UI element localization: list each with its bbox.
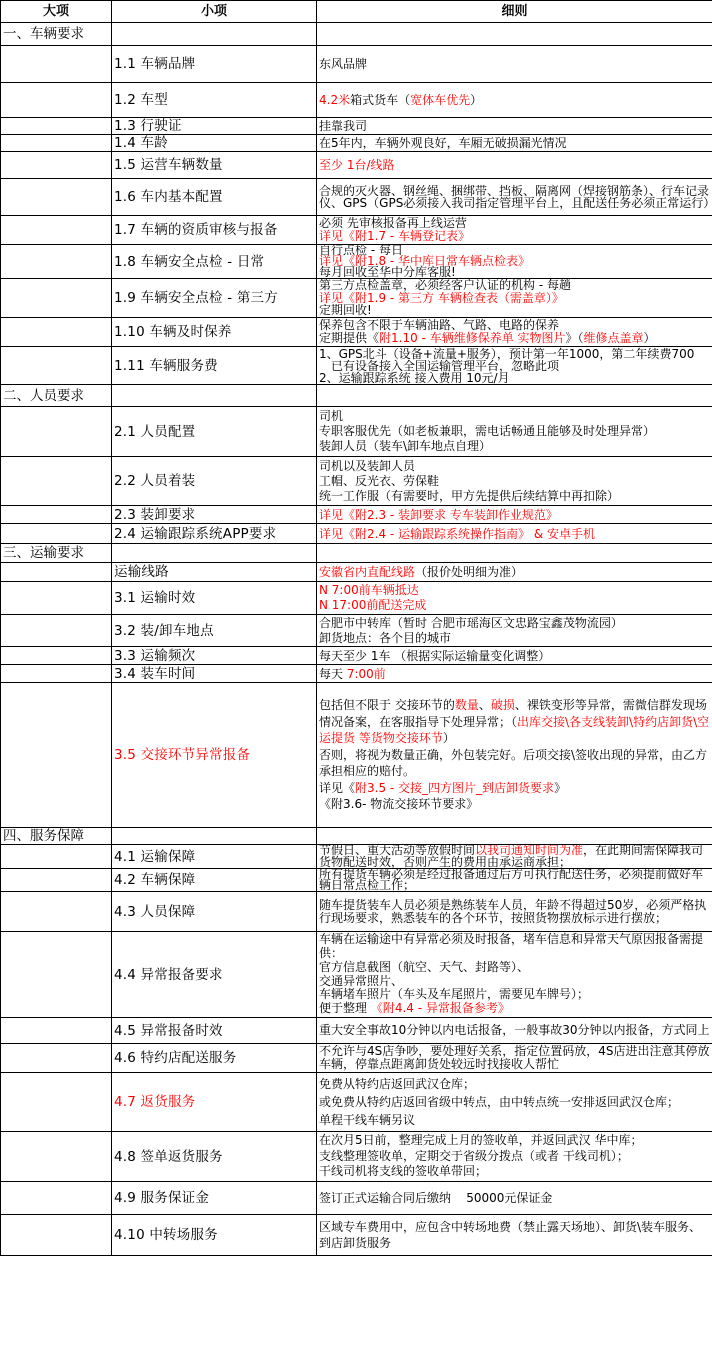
subitem-label: 4.2 车辆保障 (112, 869, 317, 892)
subitem-label: 运输线路 (112, 563, 317, 582)
subitem-label: 1.1 车辆品牌 (112, 46, 317, 83)
detail-text: 1、GPS北斗（设备+流量+服务），预计第一年1000，第二年续费700 (319, 348, 710, 360)
subitem-label: 4.3 人员保障 (112, 892, 317, 932)
section-row-personnel: 二、人员要求 (1, 385, 712, 407)
subitem-label: 2.2 人员着装 (112, 457, 317, 506)
subitem-label: 2.1 人员配置 (112, 407, 317, 457)
detail-text: 每月回收至华中分库客服! (319, 267, 710, 278)
subitem-label: 4.4 异常报备要求 (112, 932, 317, 1018)
subitem-label: 1.7 车辆的资质审核与报备 (112, 216, 317, 245)
detail-text: 统一工作服（有需要时，甲方先提供后续结算中再扣除） (319, 489, 710, 504)
detail-text: 》（ (566, 331, 584, 345)
detail-cell: 区域专车费用中，应包含中转场地费（禁止露天场地）、卸货\装车服务、到店卸货服务 (317, 1215, 712, 1256)
detail-cell: 司机以及装卸人员 工帽、反光衣、劳保鞋 统一工作服（有需要时，甲方先提供后续结算… (317, 457, 712, 506)
detail-text: 不允许与4S店争吵，要处理好关系，指定位置码放，4S店进出注意其停放车辆，停靠点… (319, 1045, 710, 1072)
table-row: 1.2 车型 4.2米箱式货车（宽体车优先） (1, 83, 712, 118)
table-row: 3.3 运输频次 每天至少 1车 （根据实际运输量变化调整） (1, 647, 712, 665)
subitem-label: 1.11 车辆服务费 (112, 347, 317, 385)
detail-text: 每天至少 1车 （根据实际运输量变化调整） (319, 648, 710, 664)
subitem-label: 3.4 装车时间 (112, 665, 317, 683)
subitem-label: 1.3 行驶证 (112, 118, 317, 135)
empty-cell (1, 1132, 112, 1182)
detail-text: 单程干线车辆另议 (319, 1111, 710, 1129)
table-row: 3.4 装车时间 每天 7:00前 (1, 665, 712, 683)
empty-cell (1, 179, 112, 216)
highlight-text: 至少 1台/线路 (319, 157, 710, 173)
subitem-label: 4.7 返货服务 (112, 1073, 317, 1132)
detail-text: 已有设备接入全国运输管理平台，忽略此项 (319, 360, 710, 372)
detail-cell: 每天至少 1车 （根据实际运输量变化调整） (317, 647, 712, 665)
detail-cell: 安徽省内直配线路（报价处明细为准） (317, 563, 712, 582)
empty-cell (1, 1215, 112, 1256)
section-title: 一、车辆要求 (1, 23, 112, 46)
subitem-label: 1.5 运营车辆数量 (112, 152, 317, 179)
empty-cell (1, 524, 112, 544)
detail-cell: N 7:00前车辆抵达 N 17:00前配送完成 (317, 582, 712, 615)
detail-cell: 重大安全事故10分钟以内电话报备，一般事故30分钟以内报备，方式同上 (317, 1018, 712, 1044)
detail-text: 工帽、反光衣、劳保鞋 (319, 474, 710, 489)
subitem-label: 3.1 运输时效 (112, 582, 317, 615)
table-row: 1.10 车辆及时保养 保养包含不限于车辆油路、气路、电路的保养 定期提供《附1… (1, 318, 712, 347)
table-row: 1.8 车辆安全点检 - 日常 自行点检 - 每日 详见《附1.8 - 华中库日… (1, 245, 712, 279)
detail-cell: 随车提货装车人员必须是熟练装车人员，年龄不得超过50岁，必须严格执行现场要求，熟… (317, 892, 712, 932)
table-row: 3.2 装/卸车地点 合肥市中转库（暂时 合肥市瑶海区文忠路宝鑫茂物流园） 卸货… (1, 615, 712, 647)
attachment-link: 详见《附1.7 - 车辆登记表》 (319, 230, 710, 243)
subitem-label: 3.2 装/卸车地点 (112, 615, 317, 647)
table-row: 1.1 车辆品牌 东风品牌 (1, 46, 712, 83)
subitem-label: 4.6 特约店配送服务 (112, 1044, 317, 1073)
subitem-label: 1.10 车辆及时保养 (112, 318, 317, 347)
table-row: 4.2 车辆保障 所有提货车辆必须是经过报备通过后方可执行配送任务，必须提前做好… (1, 869, 712, 892)
detail-text: 专职客服优先（如老板兼职，需电话畅通且能够及时处理异常） (319, 424, 710, 439)
detail-text: ） (443, 731, 455, 745)
attachment-ref: 《附3.6- 物流交接环节要求》 (319, 796, 710, 813)
empty-cell (1, 347, 112, 385)
detail-text: 挂靠我司 (319, 118, 710, 134)
subitem-label: 1.2 车型 (112, 83, 317, 118)
detail-text: 官方信息截图（航空、天气、封路等）、 (319, 961, 710, 975)
highlight-text: N 7:00前车辆抵达 (319, 583, 710, 598)
table-row: 4.5 异常报备时效 重大安全事故10分钟以内电话报备，一般事故30分钟以内报备… (1, 1018, 712, 1044)
empty-cell (1, 46, 112, 83)
detail-text: 免费从特约店返回武汉仓库； (319, 1075, 710, 1093)
empty-cell (1, 1073, 112, 1132)
detail-text: 随车提货装车人员必须是熟练装车人员，年龄不得超过50岁，必须严格执行现场要求，熟… (319, 899, 710, 925)
subitem-label: 4.5 异常报备时效 (112, 1018, 317, 1044)
detail-text: 装卸人员（装车\卸车地点自理） (319, 439, 710, 454)
highlight-text: 数量 (455, 698, 479, 712)
detail-text: 或免费从特约店返回省级中转点，由中转点统一安排返回武汉仓库； (319, 1093, 710, 1111)
subitem-label: 1.8 车辆安全点检 - 日常 (112, 245, 317, 279)
detail-cell: 挂靠我司 (317, 118, 712, 135)
empty-cell (1, 407, 112, 457)
detail-text: 》 (554, 781, 566, 795)
detail-text: 定期提供《 (319, 331, 379, 345)
attachment-link: 附3.5 - 交接_四方图片_到店卸货要求 (355, 781, 554, 795)
empty-cell (1, 665, 112, 683)
detail-text: 合规的灭火器、钢丝绳、捆绑带、挡板、隔离网（焊接钢筋条）、行车记录仪、GPS（G… (319, 185, 710, 209)
section-title: 二、人员要求 (1, 385, 112, 407)
empty-cell (1, 932, 112, 1018)
table-row: 4.7 返货服务 免费从特约店返回武汉仓库； 或免费从特约店返回省级中转点，由中… (1, 1073, 712, 1132)
detail-cell: 详见《附2.3 - 装卸要求 专车装卸作业规范》 (317, 506, 712, 524)
empty-cell (317, 385, 712, 407)
subitem-label: 1.6 车内基本配置 (112, 179, 317, 216)
detail-text: 否则，将视为数量正确，外包装完好。后项交接\签收出现的异常，由乙方承担相应的赔付… (319, 747, 710, 780)
subitem-label: 3.5 交接环节异常报备 (112, 683, 317, 828)
detail-cell: 在次月5日前，整理完成上月的签收单，并返回武汉 华中库； 支线整理签收单，定期交… (317, 1132, 712, 1182)
table-row: 4.8 签单返货服务 在次月5日前，整理完成上月的签收单，并返回武汉 华中库； … (1, 1132, 712, 1182)
detail-cell: 4.2米箱式货车（宽体车优先） (317, 83, 712, 118)
header-category: 大项 (1, 1, 112, 23)
detail-cell: 合肥市中转库（暂时 合肥市瑶海区文忠路宝鑫茂物流园） 卸货地点：各个目的城市 (317, 615, 712, 647)
empty-cell (317, 23, 712, 46)
subitem-label: 4.1 运输保障 (112, 845, 317, 869)
detail-text: 干线司机将支线的签收单带回； (319, 1164, 710, 1180)
empty-cell (1, 1018, 112, 1044)
highlight-text: 破损 (491, 698, 515, 712)
table-row: 2.1 人员配置 司机 专职客服优先（如老板兼职，需电话畅通且能够及时处理异常）… (1, 407, 712, 457)
detail-text: 包括但不限于 交接环节的 (319, 698, 455, 712)
detail-cell: 必须 先审核报备再上线运营 详见《附1.7 - 车辆登记表》 (317, 216, 712, 245)
detail-text: 支线整理签收单，定期交于省级分拨点（或者 干线司机）； (319, 1149, 710, 1165)
detail-text: 第三方点检盖章，必须经客户认证的机构 - 每趟 (319, 279, 710, 292)
empty-cell (112, 544, 317, 563)
detail-cell: 包括但不限于 交接环节的数量、破损、裸铁变形等异常，需微信群发现场情况备案，在客… (317, 683, 712, 828)
detail-text: 东风品牌 (319, 56, 710, 72)
attachment-link: 附1.10 - 车辆维修保养单 实物图片 (379, 331, 566, 345)
detail-cell: 节假日、重大活动等放假时间以我司通知时间为准，在此期间需保障我司货物配送时效，否… (317, 845, 712, 869)
detail-cell: 不允许与4S店争吵，要处理好关系，指定位置码放，4S店进出注意其停放车辆，停靠点… (317, 1044, 712, 1073)
detail-text: （报价处明细为准） (415, 565, 523, 579)
empty-cell (1, 318, 112, 347)
detail-text: 详见《 (319, 781, 355, 795)
subitem-label: 4.8 签单返货服务 (112, 1132, 317, 1182)
subitem-label: 1.4 车龄 (112, 135, 317, 152)
empty-cell (1, 152, 112, 179)
table-row: 4.9 服务保证金 签订正式运输合同后缴纳 50000元保证金 (1, 1182, 712, 1215)
detail-text: 重大安全事故10分钟以内电话报备，一般事故30分钟以内报备，方式同上 (319, 1024, 710, 1037)
detail-text: 在5年内，车辆外观良好，车厢无破损漏光情况 (319, 135, 710, 151)
table-row: 4.4 异常报备要求 车辆在运输途中有异常必须及时报备，堵车信息和异常天气原因报… (1, 932, 712, 1018)
detail-text: 合肥市中转库（暂时 合肥市瑶海区文忠路宝鑫茂物流园） (319, 616, 710, 631)
detail-cell: 至少 1台/线路 (317, 152, 712, 179)
detail-text: 箱式货车（ (350, 93, 410, 107)
table-row: 运输线路 安徽省内直配线路（报价处明细为准） (1, 563, 712, 582)
detail-cell: 自行点检 - 每日 详见《附1.8 - 华中库日常车辆点检表》 每月回收至华中分… (317, 245, 712, 279)
table-row: 1.11 车辆服务费 1、GPS北斗（设备+流量+服务），预计第一年1000，第… (1, 347, 712, 385)
detail-text: 每天 (319, 667, 347, 681)
table-row: 1.5 运营车辆数量 至少 1台/线路 (1, 152, 712, 179)
table-row: 2.2 人员着装 司机以及装卸人员 工帽、反光衣、劳保鞋 统一工作服（有需要时，… (1, 457, 712, 506)
detail-text: ） (470, 93, 482, 107)
detail-text: 便于整理 (319, 1001, 371, 1015)
table-row: 4.3 人员保障 随车提货装车人员必须是熟练装车人员，年龄不得超过50岁，必须严… (1, 892, 712, 932)
section-row-service: 四、服务保障 (1, 828, 712, 845)
highlight-text: 维修点盖章 (584, 331, 644, 345)
empty-cell (1, 615, 112, 647)
table-row: 1.6 车内基本配置 合规的灭火器、钢丝绳、捆绑带、挡板、隔离网（焊接钢筋条）、… (1, 179, 712, 216)
empty-cell (1, 1182, 112, 1215)
highlight-text: N 17:00前配送完成 (319, 598, 710, 613)
empty-cell (317, 544, 712, 563)
detail-text: 、 (479, 698, 491, 712)
empty-cell (1, 118, 112, 135)
detail-cell: 所有提货车辆必须是经过报备通过后方可执行配送任务，必须提前做好车辆日常点检工作； (317, 869, 712, 892)
detail-text: 所有提货车辆必须是经过报备通过后方可执行配送任务，必须提前做好车辆日常点检工作； (319, 869, 710, 891)
detail-cell: 合规的灭火器、钢丝绳、捆绑带、挡板、隔离网（焊接钢筋条）、行车记录仪、GPS（G… (317, 179, 712, 216)
table-row: 1.3 行驶证 挂靠我司 (1, 118, 712, 135)
empty-cell (1, 683, 112, 828)
table-row: 4.6 特约店配送服务 不允许与4S店争吵，要处理好关系，指定位置码放，4S店进… (1, 1044, 712, 1073)
section-title: 三、运输要求 (1, 544, 112, 563)
subitem-label: 4.9 服务保证金 (112, 1182, 317, 1215)
detail-cell: 每天 7:00前 (317, 665, 712, 683)
subitem-label: 4.10 中转场服务 (112, 1215, 317, 1256)
highlight-text: 安徽省内直配线路 (319, 565, 415, 579)
detail-cell: 第三方点检盖章，必须经客户认证的机构 - 每趟 详见《附1.9 - 第三方 车辆… (317, 279, 712, 318)
empty-cell (1, 216, 112, 245)
table-row: 1.9 车辆安全点检 - 第三方 第三方点检盖章，必须经客户认证的机构 - 每趟… (1, 279, 712, 318)
subitem-label: 2.3 装卸要求 (112, 506, 317, 524)
empty-cell (1, 135, 112, 152)
detail-text: 签订正式运输合同后缴纳 50000元保证金 (319, 1190, 710, 1206)
table-header-row: 大项 小项 细则 (1, 1, 712, 23)
section-row-vehicle: 一、车辆要求 (1, 23, 712, 46)
highlight-text: 7:00前 (347, 667, 386, 681)
detail-cell: 司机 专职客服优先（如老板兼职，需电话畅通且能够及时处理异常） 装卸人员（装车\… (317, 407, 712, 457)
attachment-link: 详见《附1.9 - 第三方 车辆检查表（需盖章）》 (319, 292, 710, 305)
detail-cell: 车辆在运输途中有异常必须及时报备，堵车信息和异常天气原因报备需提供： 官方信息截… (317, 932, 712, 1018)
table-row: 2.3 装卸要求 详见《附2.3 - 装卸要求 专车装卸作业规范》 (1, 506, 712, 524)
table-row: 3.5 交接环节异常报备 包括但不限于 交接环节的数量、破损、裸铁变形等异常，需… (1, 683, 712, 828)
attachment-link: 《附4.4 - 异常报备参考》 (371, 1001, 510, 1015)
attachment-link: 详见《附2.3 - 装卸要求 专车装卸作业规范》 (319, 507, 710, 523)
empty-cell (1, 1044, 112, 1073)
empty-cell (112, 385, 317, 407)
empty-cell (1, 845, 112, 869)
section-title: 四、服务保障 (1, 828, 112, 845)
detail-text: 车辆在运输途中有异常必须及时报备，堵车信息和异常天气原因报备需提供： (319, 933, 710, 961)
empty-cell (317, 828, 712, 845)
highlight-text: 4.2米 (319, 93, 350, 107)
empty-cell (1, 83, 112, 118)
detail-cell: 免费从特约店返回武汉仓库； 或免费从特约店返回省级中转点，由中转点统一安排返回武… (317, 1073, 712, 1132)
detail-text: 2、运输跟踪系统 接入费用 10元/月 (319, 372, 710, 384)
detail-text: 定期回收! (319, 304, 710, 317)
empty-cell (1, 647, 112, 665)
table-row: 3.1 运输时效 N 7:00前车辆抵达 N 17:00前配送完成 (1, 582, 712, 615)
detail-text: 区域专车费用中，应包含中转场地费（禁止露天场地）、卸货\装车服务、到店卸货服务 (319, 1219, 710, 1251)
subitem-label: 2.4 运输跟踪系统APP要求 (112, 524, 317, 544)
detail-text: ） (644, 331, 656, 345)
detail-cell: 保养包含不限于车辆油路、气路、电路的保养 定期提供《附1.10 - 车辆维修保养… (317, 318, 712, 347)
header-subitem: 小项 (112, 1, 317, 23)
detail-cell: 东风品牌 (317, 46, 712, 83)
empty-cell (1, 582, 112, 615)
table-row: 2.4 运输跟踪系统APP要求 详见《附2.4 - 运输跟踪系统操作指南》 & … (1, 524, 712, 544)
detail-cell: 1、GPS北斗（设备+流量+服务），预计第一年1000，第二年续费700 已有设… (317, 347, 712, 385)
detail-text: 卸货地点：各个目的城市 (319, 631, 710, 646)
empty-cell (1, 563, 112, 582)
subitem-label: 3.3 运输频次 (112, 647, 317, 665)
empty-cell (112, 828, 317, 845)
attachment-link: 详见《附2.4 - 运输跟踪系统操作指南》 & 安卓手机 (319, 526, 710, 542)
detail-text: 司机以及装卸人员 (319, 459, 710, 474)
section-row-transport: 三、运输要求 (1, 544, 712, 563)
detail-text: 司机 (319, 409, 710, 424)
detail-cell: 在5年内，车辆外观良好，车厢无破损漏光情况 (317, 135, 712, 152)
highlight-text: 宽体车优先 (410, 93, 470, 107)
empty-cell (1, 457, 112, 506)
subitem-label: 1.9 车辆安全点检 - 第三方 (112, 279, 317, 318)
empty-cell (1, 892, 112, 932)
empty-cell (1, 506, 112, 524)
empty-cell (1, 279, 112, 318)
table-row: 1.4 车龄 在5年内，车辆外观良好，车厢无破损漏光情况 (1, 135, 712, 152)
detail-text: 在次月5日前，整理完成上月的签收单，并返回武汉 华中库； (319, 1133, 710, 1149)
detail-cell: 签订正式运输合同后缴纳 50000元保证金 (317, 1182, 712, 1215)
table-row: 4.1 运输保障 节假日、重大活动等放假时间以我司通知时间为准，在此期间需保障我… (1, 845, 712, 869)
detail-cell: 详见《附2.4 - 运输跟踪系统操作指南》 & 安卓手机 (317, 524, 712, 544)
header-details: 细则 (317, 1, 712, 23)
requirements-table: 大项 小项 细则 一、车辆要求 1.1 车辆品牌 东风品牌 1.2 车型 4.2… (0, 0, 712, 1256)
table-row: 1.7 车辆的资质审核与报备 必须 先审核报备再上线运营 详见《附1.7 - 车… (1, 216, 712, 245)
empty-cell (1, 245, 112, 279)
empty-cell (112, 23, 317, 46)
empty-cell (1, 869, 112, 892)
table-row: 4.10 中转场服务 区域专车费用中，应包含中转场地费（禁止露天场地）、卸货\装… (1, 1215, 712, 1256)
